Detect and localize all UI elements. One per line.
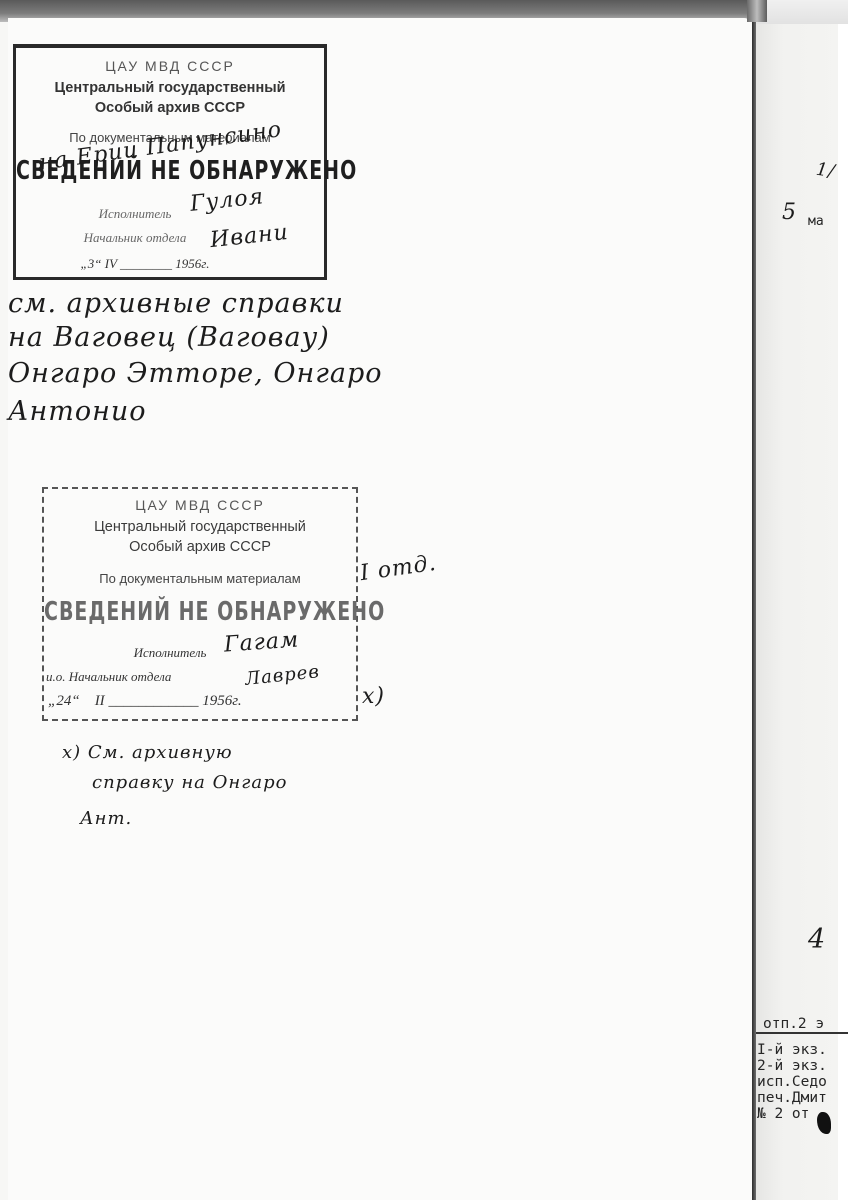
underlying-page-edge (838, 24, 848, 1200)
stamp-archive-line2: Особый архив СССР (44, 539, 356, 555)
stamp-org-line: ЦАУ МВД СССР (16, 58, 324, 74)
archive-stamp-2: ЦАУ МВД СССР Центральный государственный… (42, 487, 358, 721)
note-line-3: Онгаро Этторе, Онгаро (8, 358, 383, 389)
typed-line-2: 2-й экз. (757, 1059, 827, 1074)
stamp-materials-line: По документальным материалам (44, 571, 356, 586)
binder-clip (747, 0, 767, 22)
typed-underline (756, 1032, 848, 1034)
footnote-line-3: Ант. (80, 808, 132, 829)
stamp-executor-label: Исполнитель (0, 645, 356, 661)
stamp-result-line: СВЕДЕНИЙ НЕ ОБНАРУЖЕНО (44, 597, 356, 627)
note-line-1: см. архивные справки (8, 288, 344, 319)
typed-line-5: № 2 от (757, 1107, 809, 1122)
stamp-archive-line1: Центральный государственный (44, 519, 356, 535)
typed-line-4: печ.Дмит (757, 1091, 827, 1106)
footnote-mark: x) (362, 684, 385, 709)
margin-mark-top: 1/ (815, 159, 837, 183)
typed-header: отп.2 э (763, 1017, 824, 1032)
stamp-date: „3“ IV ________ 1956г. (0, 256, 324, 272)
page-edge-divider (752, 18, 756, 1200)
note-line-4: Антонио (8, 396, 147, 427)
margin-mark-lower: 4 (808, 924, 826, 955)
stamp-date: „24“ II ____________ 1956г. (48, 693, 356, 710)
footnote-line-1: x) См. архивную (62, 742, 233, 763)
margin-typed-fragment: ма (808, 214, 824, 229)
executor-signature-2: Гагам (223, 627, 300, 657)
margin-handwritten-number: 5 (782, 200, 797, 225)
stamp-org-line: ЦАУ МВД СССР (44, 497, 356, 513)
typed-line-3: исп.Седо (757, 1075, 827, 1090)
footnote-line-2: справку на Онгаро (92, 772, 287, 793)
stamp-archive-line2: Особый архив СССР (16, 100, 324, 116)
typed-line-1: I-й экз. (757, 1043, 827, 1058)
note-line-2: на Ваговец (Ваговау) (8, 322, 330, 353)
stamp-archive-line1: Центральный государственный (16, 80, 324, 96)
stamp-executor-label: Исполнитель (0, 206, 324, 222)
